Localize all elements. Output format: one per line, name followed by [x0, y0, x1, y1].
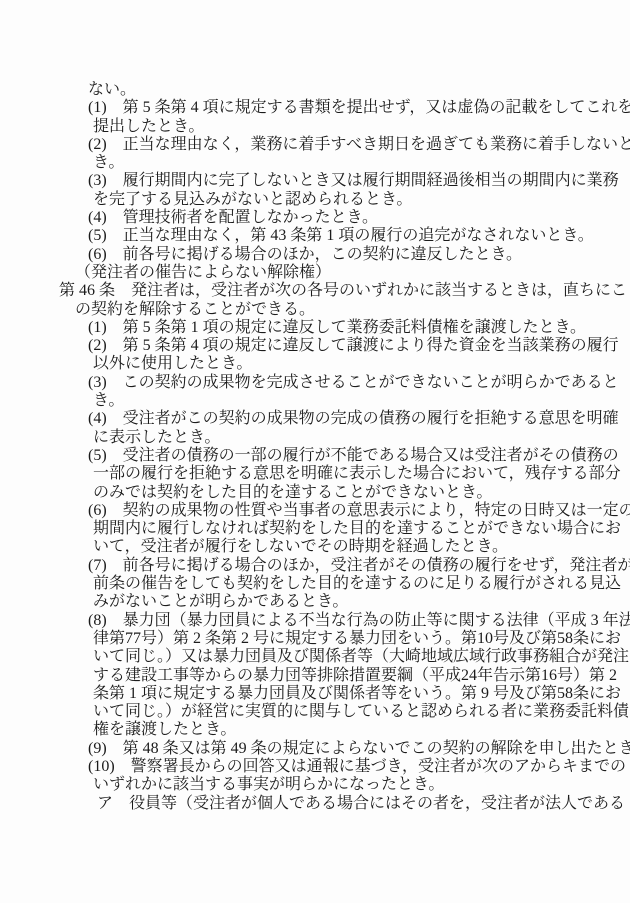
document-line: (7) 前各号に掲げる場合のほか，受注者がその債務の履行をせず，発注者が — [59, 557, 579, 575]
document-line: 期間内に履行しなければ契約をした目的を達することができない場合にお — [59, 520, 579, 538]
document-line: みがないことが明らかであるとき。 — [59, 593, 579, 611]
document-line: （発注者の催告によらない解除権） — [59, 264, 579, 282]
document-line: いて同じ。）が経営に実質的に関与していると認められる者に業務委託料債 — [59, 703, 579, 721]
document-line: の契約を解除することができる。 — [59, 301, 579, 319]
document-line: (3) 履行期間内に完了しないとき又は履行期間経過後相当の期間内に業務 — [59, 172, 579, 190]
document-line: (5) 受注者の債務の一部の履行が不能である場合又は受注者がその債務の — [59, 447, 579, 465]
document-line: いて同じ。）又は暴力団員及び関係者等（大崎地域広域行政事務組合が発注 — [59, 648, 579, 666]
document-line: 律第77号）第 2 条第 2 号に規定する暴力団をいう。第10号及び第58条にお — [59, 630, 579, 648]
document-line: 一部の履行を拒絶する意思を明確に表示した場合において，残存する部分 — [59, 465, 579, 483]
document-line: (4) 管理技術者を配置しなかったとき。 — [59, 209, 579, 227]
document-line: (10) 警察署長からの回答又は通報に基づき，受注者が次のアからキまでの — [59, 758, 579, 776]
document-line: (9) 第 48 条又は第 49 条の規定によらないでこの契約の解除を申し出たと… — [59, 740, 579, 758]
document-line: 権を譲渡したとき。 — [59, 721, 579, 739]
document-line: き。 — [59, 392, 579, 410]
document-line: 前条の催告をしても契約をした目的を達するのに足りる履行がされる見込 — [59, 575, 579, 593]
document-page: ない。(1) 第 5 条第 4 項に規定する書類を提出せず，又は虚偽の記載をして… — [0, 0, 630, 903]
document-line: を完了する見込みがないと認められるとき。 — [59, 191, 579, 209]
document-line: 提出したとき。 — [59, 118, 579, 136]
document-line: ない。 — [59, 81, 579, 99]
document-text-block: ない。(1) 第 5 条第 4 項に規定する書類を提出せず，又は虚偽の記載をして… — [59, 81, 579, 813]
document-line: (3) この契約の成果物を完成させることができないことが明らかであると — [59, 374, 579, 392]
document-line: (6) 契約の成果物の性質や当事者の意思表示により，特定の日時又は一定の — [59, 502, 579, 520]
document-line: (8) 暴力団（暴力団員による不当な行為の防止等に関する法律（平成 3 年法 — [59, 612, 579, 630]
document-line: いて，受注者が履行をしないでその時期を経過したとき。 — [59, 538, 579, 556]
document-line: (1) 第 5 条第 4 項に規定する書類を提出せず，又は虚偽の記載をしてこれを — [59, 99, 579, 117]
document-line: ア 役員等（受注者が個人である場合にはその者を，受注者が法人である — [59, 795, 579, 813]
document-line: 第 46 条 発注者は，受注者が次の各号のいずれかに該当するときは，直ちにこ — [59, 282, 579, 300]
document-line: (2) 正当な理由なく，業務に着手すべき期日を過ぎても業務に着手しないと — [59, 136, 579, 154]
document-line: する建設工事等からの暴力団等排除措置要綱（平成24年告示第16号）第 2 — [59, 667, 579, 685]
document-line: (5) 正当な理由なく，第 43 条第 1 項の履行の追完がなされないとき。 — [59, 227, 579, 245]
document-line: いずれかに該当する事実が明らかになったとき。 — [59, 776, 579, 794]
document-line: き。 — [59, 154, 579, 172]
document-line: (6) 前各号に掲げる場合のほか，この契約に違反したとき。 — [59, 246, 579, 264]
document-line: (2) 第 5 条第 4 項の規定に違反して譲渡により得た資金を当該業務の履行 — [59, 337, 579, 355]
document-line: に表示したとき。 — [59, 429, 579, 447]
document-line: 条第 1 項に規定する暴力団員及び関係者等をいう。第 9 号及び第58条にお — [59, 685, 579, 703]
document-line: (4) 受注者がこの契約の成果物の完成の債務の履行を拒絶する意思を明確 — [59, 410, 579, 428]
document-line: 以外に使用したとき。 — [59, 355, 579, 373]
document-line: のみでは契約をした目的を達することができないとき。 — [59, 484, 579, 502]
document-line: (1) 第 5 条第 1 項の規定に違反して業務委託料債権を譲渡したとき。 — [59, 319, 579, 337]
